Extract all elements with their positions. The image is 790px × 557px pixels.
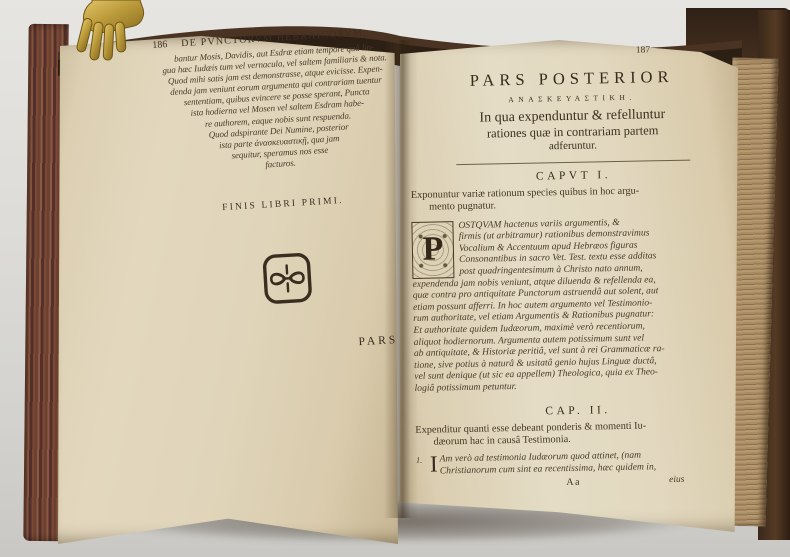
chapter-1-paragraph: P OSTQVAM hactenus variis argumentis, & … xyxy=(411,214,740,394)
chapter-2-heading: CAP. II. xyxy=(415,401,741,419)
printers-ornament xyxy=(165,244,410,317)
book-photograph: 186 DE PVNCTORVM HEBRAICORVM, bantur Mos… xyxy=(0,0,790,557)
part-title: PARS POSTERIOR xyxy=(408,66,734,92)
chapter-2-argument: Expenditur quanti esse debeant ponderis … xyxy=(415,418,741,449)
drop-cap-initial: P xyxy=(411,221,454,279)
left-body-paragraph: bantur Mosis, Davidis, aut Esdræ etiam t… xyxy=(153,41,402,177)
left-page-number: 186 xyxy=(152,39,168,51)
signature-mark: Aa xyxy=(566,477,581,488)
part-subtitle: In qua expenduntur & refelluntur ratione… xyxy=(409,106,736,156)
finis-line: FINIS LIBRI PRIMI. xyxy=(162,192,404,216)
chapter-1-argument: Exponuntur variæ rationum species quibus… xyxy=(411,184,737,215)
right-page-text: 187 PARS POSTERIOR ΑΝΑΣΚΕΥΑΣΤΙΚΗ. In qua… xyxy=(408,40,743,494)
chapter-1-heading: CAPVT I. xyxy=(410,167,736,185)
left-page-text: 186 DE PVNCTORVM HEBRAICORVM, bantur Mos… xyxy=(152,26,413,360)
printers-ornament-icon xyxy=(261,250,314,307)
right-catchword: eius xyxy=(669,475,685,485)
paragraph-number: 1. xyxy=(416,455,423,467)
gilded-hand-figure xyxy=(62,0,148,70)
part-title-greek: ΑΝΑΣΚΕΥΑΣΤΙΚΗ. xyxy=(409,91,735,106)
paragraph-initial: I xyxy=(430,454,438,475)
right-page-number: 187 xyxy=(636,45,650,55)
section-rule xyxy=(456,160,691,166)
chapter-2-paragraph: 1. I Am verò ad testimonia Iudæorum quod… xyxy=(416,448,742,477)
